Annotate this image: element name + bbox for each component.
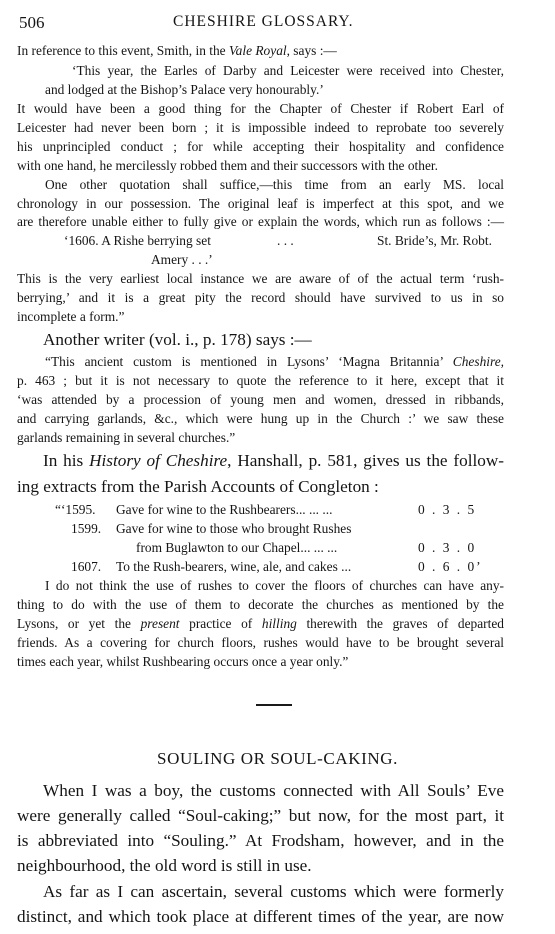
account-amount: 0 . 3 . 0 <box>418 540 476 556</box>
text-line: “This ancient custom is mentioned in Lys… <box>45 354 504 370</box>
text-line: is abbreviated into “Souling.” At Frodsh… <box>17 831 504 851</box>
text-line: It would have been a good thing for the … <box>17 101 504 117</box>
text-line: thing to do with the use of them to deco… <box>17 597 504 613</box>
text-line: incomplete a form.” <box>17 309 124 325</box>
record-dots: . . . <box>277 233 294 249</box>
account-year: “‘1595. <box>55 502 96 518</box>
text: , Hanshall, p. 581, gives us the follow- <box>227 451 504 470</box>
section-divider <box>256 704 292 706</box>
text: In reference to this event, Smith, in th… <box>17 43 229 58</box>
account-year: 1607. <box>71 559 101 575</box>
text-line: are therefore unable either to fully giv… <box>17 214 504 230</box>
text-line: In his History of Cheshire, Hanshall, p.… <box>43 451 504 471</box>
text-line: As far as I can ascertain, several custo… <box>43 882 504 902</box>
quote-line: and lodged at the Bishop’s Palace very h… <box>45 82 324 98</box>
account-text: To the Rush-bearers, wine, ale, and cake… <box>116 559 351 575</box>
italic-title: History of Cheshire <box>89 451 227 470</box>
text-line: neighbourhood, the old word is still in … <box>17 856 312 876</box>
italic-word: hilling <box>262 616 297 631</box>
text: “This ancient custom is mentioned in Lys… <box>45 354 453 369</box>
text-line: berrying,’ and it is a great pity the re… <box>17 290 504 306</box>
running-title: CHESHIRE GLOSSARY. <box>173 13 354 31</box>
text-line: ing extracts from the Parish Accounts of… <box>17 477 379 497</box>
italic-title: Vale Royal <box>229 43 287 58</box>
text-line: I do not think the use of rushes to cove… <box>45 578 504 594</box>
record-entry: Amery . . .’ <box>151 252 213 268</box>
account-text: Gave for wine to those who brought Rushe… <box>116 521 351 537</box>
text-line: were generally called “Soul-caking;” but… <box>17 806 504 826</box>
text: , says :— <box>287 43 337 58</box>
text-line: When I was a boy, the customs connected … <box>43 781 504 801</box>
italic-word: present <box>141 616 180 631</box>
account-amount: 0 . 3 . 5 <box>418 502 476 518</box>
section-heading: SOULING OR SOUL-CAKING. <box>0 749 555 769</box>
italic-title: Cheshire, <box>453 354 504 369</box>
text-line: This is the very earliest local instance… <box>17 271 504 287</box>
text: practice of <box>180 616 262 631</box>
quote-line: ‘This year, the Earles of Darby and Leic… <box>72 63 504 79</box>
paragraph-intro: Another writer (vol. i., p. 178) says :— <box>43 330 312 350</box>
text-line: times each year, whilst Rushbearing occu… <box>17 654 348 670</box>
text-line: Leicester had never been born ; it is im… <box>17 120 504 136</box>
text-line: One other quotation shall suffice,—this … <box>45 177 504 193</box>
text-line: p. 463 ; but it is not necessary to quot… <box>17 373 504 389</box>
record-entry: ‘1606. A Rishe berrying set <box>64 233 211 249</box>
text-line: ‘was attended by a procession of young m… <box>17 392 504 408</box>
text-line: garlands remaining in several churches.” <box>17 430 235 446</box>
text-line: chronology in our possession. The origin… <box>17 196 504 212</box>
text-line: Lysons, or yet the present practice of h… <box>17 616 504 632</box>
account-year: 1599. <box>71 521 101 537</box>
page-number: 506 <box>19 13 45 33</box>
text-line: distinct, and which took place at differ… <box>17 907 504 927</box>
text-line: his unprincipled conduct ; for while acc… <box>17 139 504 155</box>
text-line: friends. As a covering for church floors… <box>17 635 504 651</box>
text: In his <box>43 451 89 470</box>
text-line: In reference to this event, Smith, in th… <box>17 43 337 59</box>
account-amount: 0 . 6 . 0’ <box>418 559 483 575</box>
text-line: with one hand, he mercilessly robbed the… <box>17 158 438 174</box>
record-entry: St. Bride’s, Mr. Robt. <box>377 233 492 249</box>
account-text: from Buglawton to our Chapel... ... ... <box>136 540 337 556</box>
text: therewith the graves of departed <box>297 616 504 631</box>
text-line: and carrying garlands, &c., which were h… <box>17 411 504 427</box>
text: Lysons, or yet the <box>17 616 141 631</box>
account-text: Gave for wine to the Rushbearers... ... … <box>116 502 332 518</box>
